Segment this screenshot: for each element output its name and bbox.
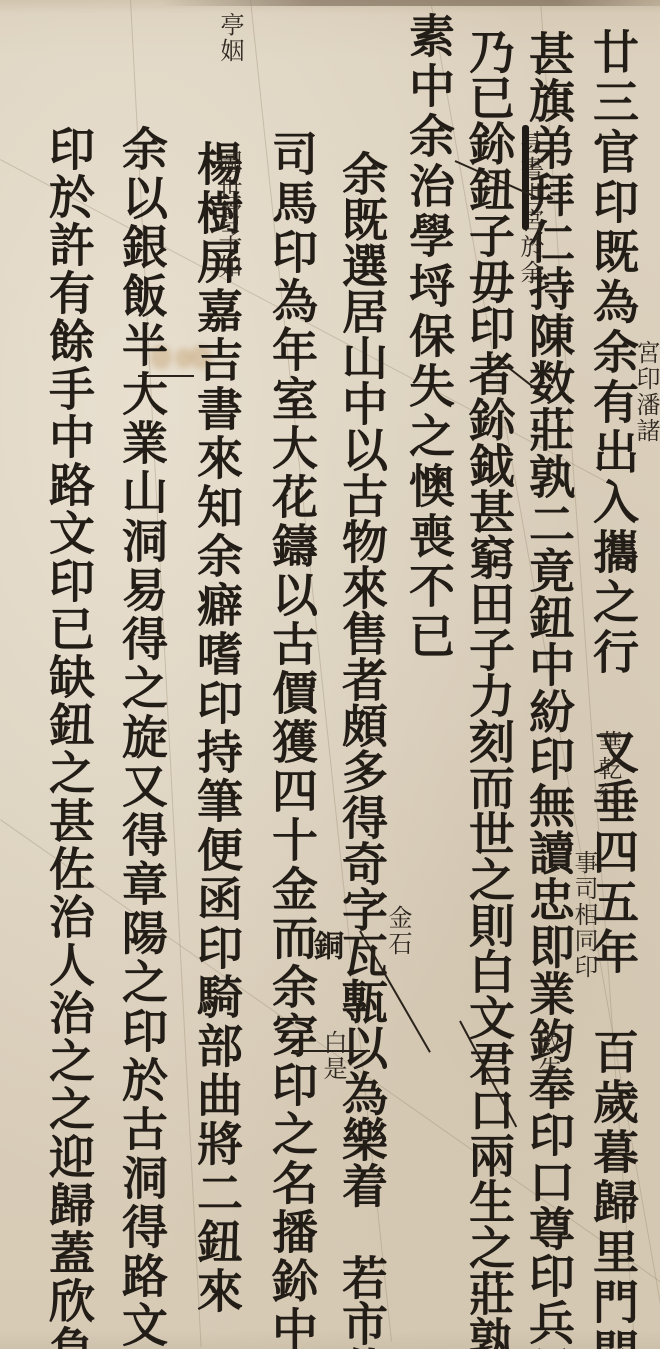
underline-stroke bbox=[292, 1050, 370, 1052]
text-column-1: 廿三官印既為余有出入攜之行 又垂四五年 百歲暮歸里門間徒搞之甚 bbox=[590, 28, 636, 1338]
strikethrough-mark bbox=[522, 125, 529, 230]
annotation-a3: 事司相同印 bbox=[572, 850, 596, 980]
text-column-8: 余以銀飯半大業山洞易得之旋又得章陽之印於古洞得路文 bbox=[119, 125, 165, 1325]
annotation-a2: 華乾行 bbox=[596, 730, 620, 808]
manuscript-page: 廿三官印既為余有出入攜之行 又垂四五年 百歲暮歸里門間徒搞之甚 甚旗弟拜仁持陳数… bbox=[0, 0, 660, 1349]
annotation-a5: 敗生 bbox=[536, 1030, 560, 1082]
annotation-a10: 亭姻 bbox=[218, 12, 242, 64]
text-column-5: 余既選居山中以古物來售者頗多得奇字瓦甎以為樂着 若市估某以假 bbox=[339, 150, 385, 1340]
text-column-7: 楊樹屏嘉吉書來知余癖嗜印持筆便函印騎部曲將二鈕來 bbox=[194, 140, 240, 1340]
text-column-3: 乃已鉩鈕子毋印者鉩鉞甚窮田子力刻而世之則白文君口兩生之莊孰印置 bbox=[466, 28, 512, 1338]
annotation-a7: 銅 bbox=[310, 930, 340, 962]
annotation-a9: 圖世宮子如 bbox=[216, 150, 240, 280]
underline-stroke bbox=[138, 375, 194, 377]
text-column-6: 司馬印為年室大花鑄以古價獲四十金而余穿印之名播鉩中 bbox=[269, 130, 315, 1330]
annotation-a8: 白是 bbox=[321, 1030, 345, 1082]
torn-top-edge bbox=[160, 0, 660, 6]
annotation-a6: 金石 bbox=[386, 905, 410, 957]
annotation-a1: 宮印潘諸 bbox=[634, 340, 658, 444]
text-column-9: 印於許有餘手中路文印已缺鈕之甚佐治人治之之迎歸蓋欣負 bbox=[46, 125, 92, 1335]
text-column-4: 素中余治學埒保失之懊喪不已 bbox=[406, 12, 452, 672]
